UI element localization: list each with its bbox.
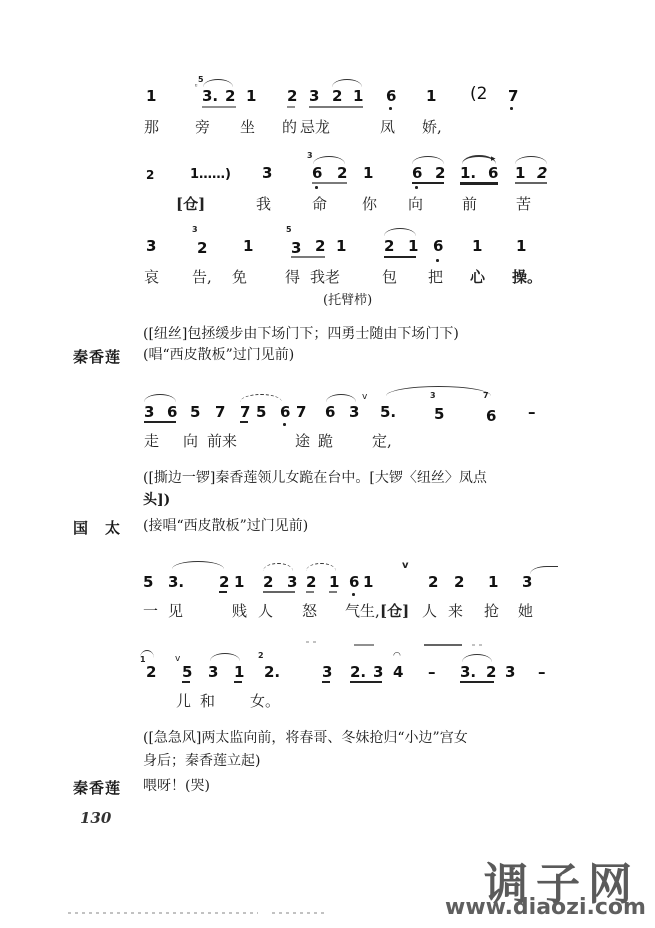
note: 6 [433,238,443,254]
grace-note: 5 [198,76,204,84]
note: 2 [486,664,496,680]
lyric: 操。 [512,268,542,286]
lyric: 得 [285,268,300,286]
slur [210,653,240,661]
note: 2 [537,165,547,181]
note: 3 [373,664,383,680]
grace-note: 3 [307,152,313,160]
spoken-line: 喂呀！(哭) [143,775,210,797]
slur [332,79,362,87]
stage-direction: ([急急风]两太监向前，将春哥、冬妹抢归“小边”宫女 [143,727,468,749]
note: 1 [146,88,156,104]
note: 1 [426,88,436,104]
stage-direction: 头]) [143,489,170,511]
note: 7 [296,404,306,420]
lyric: 和 [200,692,215,710]
note: 1 [488,574,498,590]
note: 1 [243,238,253,254]
lyric: 向 [183,432,198,450]
lyric: 定, [372,432,392,450]
note: 6 [280,404,290,420]
note: 2 [435,165,445,181]
underline [234,681,242,683]
grace-note: 2 [258,652,264,660]
note: 3 [287,574,297,590]
slur [313,156,345,164]
note: 6 [488,165,498,181]
note: 3 [505,664,515,680]
underline [309,106,363,108]
grace-note: 1 [140,656,146,664]
annotation: (托臂栉) [323,292,372,310]
note: 6 [412,165,422,181]
breath-mark-icon: v [362,392,367,402]
note: 2 [219,574,229,590]
note: 1 [363,574,373,590]
underline [306,591,314,593]
note: 1 [336,238,346,254]
note: 1 [516,238,526,254]
note: 3 [291,240,301,256]
note: 7 [215,404,225,420]
note: 3 [322,664,332,680]
note: 5 [434,406,444,422]
speaker-name: 国 太 [73,517,121,538]
slur [172,561,224,569]
lyric: 包 [382,268,397,286]
note: 3 [309,88,319,104]
lyric: 气生, [345,602,380,620]
underline [144,421,176,423]
note: 3. [460,664,476,680]
note: 5 [256,404,266,420]
lyric: 我老 [310,268,340,286]
note: 1. [460,165,476,181]
note: 2 [384,238,394,254]
grace-tie-mark: ᵋ [195,82,198,91]
note: 1 [246,88,256,104]
note: 2 [315,238,325,254]
print-smudge [306,641,316,643]
lyric: 见 [168,602,183,620]
breath-mark-icon: v [402,560,409,571]
slur [384,228,416,236]
note: 3. [202,88,218,104]
lyric: 免 [232,268,247,286]
lyric: 忌龙 [300,118,330,136]
note: 3 [349,404,359,420]
tie-continuation [530,566,558,574]
lyric: 旁 [195,118,210,136]
note: 1 [472,238,482,254]
lyric: 你 [362,195,377,213]
underline [412,182,444,184]
page-number: 130 [80,809,111,827]
lyric: 一 [143,602,158,620]
low-dot [315,186,318,189]
note: 3 [146,238,156,254]
note: 6 [325,404,335,420]
note: 1 [363,165,373,181]
tie [386,386,491,396]
lyric: 走 [144,432,159,450]
underline [240,421,248,423]
underline [460,182,498,185]
grace-note: 3 [192,226,198,234]
lyric: 娇, [422,118,442,136]
underline [263,591,295,593]
note: 4 [393,664,403,680]
lyric: 凤 [380,118,395,136]
lyric: 向 [408,195,423,213]
note: 2. [264,664,280,680]
speaker-name: 秦香莲 [73,346,121,367]
slur [326,394,356,402]
underline [322,681,330,683]
note: 5 [182,664,192,680]
underline [515,182,547,184]
lyric: 怒 [302,602,317,620]
note: 1 [408,238,418,254]
breath-mark-icon: v [175,654,180,664]
note: 2. [350,664,366,680]
lyric: 心 [470,268,485,286]
underline [312,182,347,184]
lyric: 把 [428,268,443,286]
percussion-cue: [仓] [176,195,205,213]
low-dot [436,259,439,262]
underline [350,681,382,683]
underline [291,256,325,258]
note: 6 [386,88,396,104]
grace-note: 5 [286,226,292,234]
note: 2 [428,574,438,590]
underline [202,106,236,108]
lyric: 苦 [516,195,531,213]
stage-direction: ([撕边一锣]秦香莲领儿女跪在台中。[大锣〈纽丝〉凤点 [143,467,487,489]
note: 7 [508,88,518,104]
lyric: 人 [258,602,273,620]
note: 2 [287,88,297,104]
note: 3 [262,165,272,181]
paren-note: (2 [470,86,487,102]
slur [240,394,282,402]
print-smudge [472,644,486,646]
stage-direction: (唱“西皮散板”过门见前) [143,344,294,366]
arrow-icon: ▸ [491,154,496,164]
lyric: 抢 [484,602,499,620]
lyric: 哀 [144,268,159,286]
dash: – [528,404,536,420]
lyric: 那 [144,118,159,136]
slur [515,156,547,164]
note: 3 [144,404,154,420]
underline [460,681,494,683]
underline [287,106,295,108]
low-dot [283,423,286,426]
note: 2 [337,165,347,181]
lyric: 我 [256,195,271,213]
print-smudge [272,912,327,914]
note: 5 [190,404,200,420]
lyric: 贱 [232,602,247,620]
note: 2 [306,574,316,590]
lyric: 命 [312,195,327,213]
slur [412,156,444,164]
lyric: 途 [295,432,310,450]
slur [306,563,336,571]
dash: – [428,664,436,680]
stage-direction: 身后；秦香莲立起) [143,750,260,772]
low-dot [415,186,418,189]
note: 1 [329,574,339,590]
low-dot [389,107,392,110]
note: 3 [522,574,532,590]
low-dot [352,593,355,596]
lyric: 的 [282,118,297,136]
note: 1 [353,88,363,104]
speaker-name: 秦香莲 [73,777,121,798]
print-smudge [68,912,258,914]
note: 1 [234,664,244,680]
note: 6 [167,404,177,420]
slur [263,563,293,571]
note: 2 [454,574,464,590]
lyric: 来 [448,602,463,620]
lyric: 她 [518,602,533,620]
fermata-icon: ◠ [393,651,401,661]
slur [144,394,176,402]
stage-direction: (接唱“西皮散板”过门见前) [143,515,308,537]
underline [182,681,190,683]
note: 2 [225,88,235,104]
lyric: 儿 [176,692,191,710]
note: 2 [332,88,342,104]
lyric: 前来 [207,432,237,450]
note: 1 [515,165,525,181]
lyric: 坐 [240,118,255,136]
grace-note: 3 [430,392,436,400]
lyric: 告, [192,268,212,286]
low-dot [510,107,513,110]
print-smudge [424,644,462,646]
print-smudge [354,644,374,646]
lyric: 前 [462,195,477,213]
note: 6 [486,408,496,424]
lyric: 女。 [250,692,280,710]
note: 6 [312,165,322,181]
underline [219,591,227,593]
watermark-url: www.diaozi.com [445,895,646,920]
note: 5. [380,404,396,420]
note: 2 [146,167,154,183]
note: 6 [349,574,359,590]
dash: – [538,664,546,680]
lyric: 人 [422,602,437,620]
note: 1……) [190,167,231,183]
note: 5 [143,574,153,590]
note: 3. [168,574,184,590]
note: 2 [263,574,273,590]
underline [329,591,337,593]
note: 3 [208,664,218,680]
grace-note: 7 [483,392,489,400]
note: 7 [240,404,250,420]
note: 2 [197,240,207,256]
note: 2 [146,664,156,680]
note: 1 [234,574,244,590]
slur [462,654,492,662]
stage-direction: ([纽丝]包拯缓步由下场门下；四勇士随由下场门下) [143,323,459,345]
slur [203,79,233,87]
underline [384,256,416,258]
lyric: 跪 [318,432,333,450]
percussion-cue: [仓] [380,602,409,620]
